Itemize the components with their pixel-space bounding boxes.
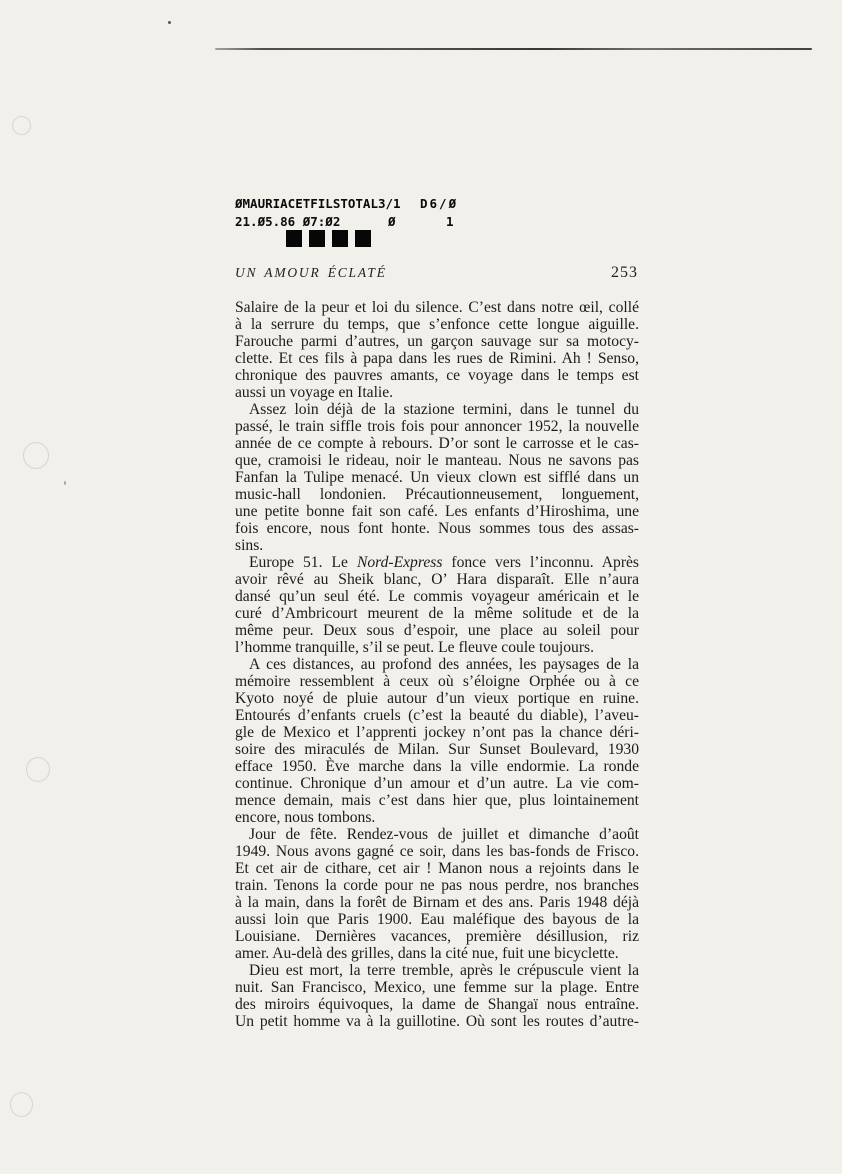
text-segment: chronique des pauvres amants, ce voyage … [235,367,639,384]
text-line: aussi loin que Paris 1900. Eau maléfique… [235,911,639,928]
text-segment: l’homme tranquille, s’il se peut. Le fle… [235,639,594,656]
print-header-datetime: 21.Ø5.86 Ø7:Ø2 [235,215,340,228]
scan-speck [168,21,171,24]
text-segment: Farouche parmi d’autres, un garçon sauva… [235,333,639,350]
text-line: mence demain, mais c’est dans hier que, … [235,792,639,809]
text-line: 1949. Nous avons gagné ce soir, dans les… [235,843,639,860]
text-line: efface 1950. Ève marche dans la ville en… [235,758,639,775]
text-line: aussi un voyage en Italie. [235,384,639,401]
punch-hole-mark [12,116,31,135]
text-line: Europe 51. Le Nord-Express fonce vers l’… [235,554,639,571]
text-line: train. Tenons la corde pour ne pas nous … [235,877,639,894]
running-title: UN AMOUR ÉCLATÉ [235,265,387,281]
text-line: avoir rêvé au Sheik blanc, O’ Hara dispa… [235,571,639,588]
text-line: music-hall londonien. Précautionneusemen… [235,486,639,503]
text-segment: curé d’Ambricourt meurent de la même sol… [235,605,639,622]
text-segment: passé, le train siffle trois fois pour a… [235,418,639,435]
typesetting-print-header: ØMAURIACETFILSTOTAL3/1 D6/Ø 21.Ø5.86 Ø7:… [235,197,535,252]
paragraph: Europe 51. Le Nord-Express fonce vers l’… [235,554,639,656]
text-segment: Europe 51. Le [249,554,357,571]
italic-title-text: Nord-Express [357,554,442,571]
text-line: même peur. Deux sous d’espoir, une place… [235,622,639,639]
text-line: Kyoto noyé de pluie autour d’un vieux po… [235,690,639,707]
paragraph: Assez loin déjà de la stazione termini, … [235,401,639,554]
text-line: encore, nous tombons. [235,809,639,826]
text-segment: Jour de fête. Rendez-vous de juillet et … [249,826,639,843]
text-segment: même peur. Deux sous d’espoir, une place… [235,622,639,639]
paragraph: A ces distances, au profond des années, … [235,656,639,826]
print-header-code-ref: D6/Ø [420,197,458,210]
paragraph: Jour de fête. Rendez-vous de juillet et … [235,826,639,962]
text-line: mémoire ressemblent à ceux où s’éloigne … [235,673,639,690]
text-line: chronique des pauvres amants, ce voyage … [235,367,639,384]
text-line: l’homme tranquille, s’il se peut. Le fle… [235,639,639,656]
text-segment: mence demain, mais c’est dans hier que, … [235,792,639,809]
text-segment: une petite bonne fait son café. Les enfa… [235,503,639,520]
text-segment: dansé qu’un seul été. Le commis voyageur… [235,588,639,605]
text-segment: soire des miraculés de Milan. Sur Sunset… [235,741,639,758]
print-header-counter: 1 [446,215,454,228]
text-line: à la main, dans la forêt de Birnam et de… [235,894,639,911]
text-line: passé, le train siffle trois fois pour a… [235,418,639,435]
text-line: à la serrure du temps, que s’enfonce cet… [235,316,639,333]
text-line: continue. Chronique d’un amour et d’un a… [235,775,639,792]
text-line: Entourés d’enfants cruels (c’est la beau… [235,707,639,724]
print-header-code: ØMAURIACETFILSTOTAL3/1 [235,197,401,210]
text-line: sins. [235,537,639,554]
scanned-page: ØMAURIACETFILSTOTAL3/1 D6/Ø 21.Ø5.86 Ø7:… [0,0,842,1174]
body-text: Salaire de la peur et loi du silence. C’… [235,299,639,1030]
text-line: Salaire de la peur et loi du silence. C’… [235,299,639,316]
text-line: une petite bonne fait son café. Les enfa… [235,503,639,520]
text-segment: Assez loin déjà de la stazione termini, … [249,401,639,418]
text-line: Assez loin déjà de la stazione termini, … [235,401,639,418]
text-line: clette. Et ces fils à papa dans les rues… [235,350,639,367]
paragraph: Salaire de la peur et loi du silence. C’… [235,299,639,401]
text-line: A ces distances, au profond des années, … [235,656,639,673]
text-line: Un petit homme va à la guillotine. Où so… [235,1013,639,1030]
text-segment: avoir rêvé au Sheik blanc, O’ Hara dispa… [235,571,639,588]
text-segment: Salaire de la peur et loi du silence. C’… [235,299,639,316]
text-line: Louisiane. Dernières vacances, première … [235,928,639,945]
text-line: Et cet air de cithare, cet air ! Manon n… [235,860,639,877]
text-segment: music-hall londonien. Précautionneusemen… [235,486,639,503]
text-segment: fonce vers l’inconnu. Après [442,554,639,571]
text-line: nuit. San Francisco, Mexico, une femme s… [235,979,639,996]
text-segment: Entourés d’enfants cruels (c’est la beau… [235,707,639,724]
text-segment: continue. Chronique d’un amour et d’un a… [235,775,639,792]
text-line: Farouche parmi d’autres, un garçon sauva… [235,333,639,350]
text-segment: efface 1950. Ève marche dans la ville en… [235,758,639,775]
text-line: amer. Au-delà des grilles, dans la cité … [235,945,639,962]
print-block-marks [286,230,371,247]
text-line: des miroirs équivoques, la dame de Shang… [235,996,639,1013]
text-line: dansé qu’un seul été. Le commis voyageur… [235,588,639,605]
text-segment: à la serrure du temps, que s’enfonce cet… [235,316,639,333]
text-segment: Dieu est mort, la terre tremble, après l… [249,962,639,979]
text-segment: aussi un voyage en Italie. [235,384,393,401]
text-line: année de ce compte à rebours. D’or sont … [235,435,639,452]
text-line: que, cramoisi le rideau, noir le manteau… [235,452,639,469]
page-number: 253 [611,264,638,282]
text-segment: encore, nous tombons. [235,809,375,826]
text-segment: train. Tenons la corde pour ne pas nous … [235,877,639,894]
print-header-flag: Ø [388,215,396,228]
punch-hole-mark [26,757,50,782]
text-segment: amer. Au-delà des grilles, dans la cité … [235,945,619,962]
text-segment: Louisiane. Dernières vacances, première … [235,928,639,945]
text-segment: 1949. Nous avons gagné ce soir, dans les… [235,843,639,860]
text-line: Dieu est mort, la terre tremble, après l… [235,962,639,979]
text-segment: que, cramoisi le rideau, noir le manteau… [235,452,639,469]
text-segment: des miroirs équivoques, la dame de Shang… [235,996,639,1013]
print-block-mark [332,230,348,247]
text-line: fois encore, nous font honte. Nous somme… [235,520,639,537]
text-segment: clette. Et ces fils à papa dans les rues… [235,350,639,367]
text-segment: Fanfan la Tulipe menacé. Un vieux clown … [235,469,639,486]
punch-hole-mark [23,442,49,469]
text-segment: sins. [235,537,263,554]
text-segment: A ces distances, au profond des années, … [249,656,639,673]
text-segment: Un petit homme va à la guillotine. Où so… [235,1013,639,1030]
text-line: Fanfan la Tulipe menacé. Un vieux clown … [235,469,639,486]
text-line: Jour de fête. Rendez-vous de juillet et … [235,826,639,843]
text-segment: à la main, dans la forêt de Birnam et de… [235,894,639,911]
text-segment: aussi loin que Paris 1900. Eau maléfique… [235,911,639,928]
scan-speck [64,481,66,485]
print-block-mark [355,230,371,247]
text-segment: nuit. San Francisco, Mexico, une femme s… [235,979,639,996]
text-line: soire des miraculés de Milan. Sur Sunset… [235,741,639,758]
scan-top-rule [215,48,812,50]
print-block-mark [286,230,302,247]
text-line: gle de Mexico et l’apprenti jockey n’ont… [235,724,639,741]
text-segment: gle de Mexico et l’apprenti jockey n’ont… [235,724,639,741]
text-segment: année de ce compte à rebours. D’or sont … [235,435,639,452]
running-header: UN AMOUR ÉCLATÉ 253 [235,264,638,282]
text-segment: fois encore, nous font honte. Nous somme… [235,520,639,537]
print-block-mark [309,230,325,247]
text-segment: Kyoto noyé de pluie autour d’un vieux po… [235,690,639,707]
punch-hole-mark [10,1092,33,1117]
text-segment: Et cet air de cithare, cet air ! Manon n… [235,860,639,877]
paragraph: Dieu est mort, la terre tremble, après l… [235,962,639,1030]
text-segment: mémoire ressemblent à ceux où s’éloigne … [235,673,639,690]
text-line: curé d’Ambricourt meurent de la même sol… [235,605,639,622]
